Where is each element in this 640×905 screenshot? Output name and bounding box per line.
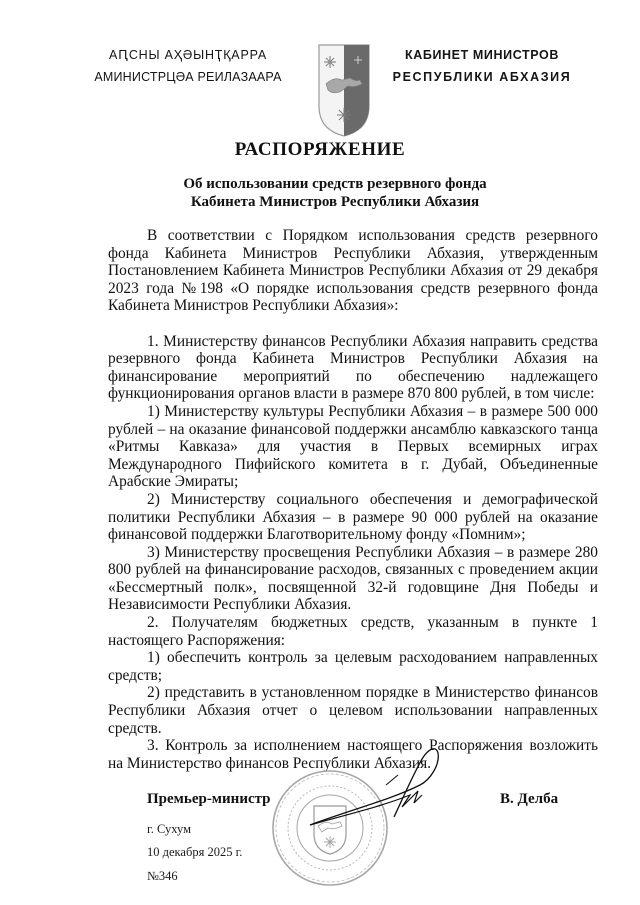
signatory-position: Премьер-министр (147, 791, 271, 808)
signatory-name: В. Делба (500, 791, 558, 808)
clause-1-item-3: 3) Министерству просвещения Республики А… (108, 544, 598, 614)
clause-1-item-2: 2) Министерству социального обеспечения … (108, 491, 598, 544)
document-number: №346 (147, 869, 178, 884)
clause-1: 1. Министерству финансов Республики Абха… (108, 333, 598, 403)
letterhead-abkhaz-line2: АМИНИСТРЦӘА РЕИЛАЗААРА (78, 66, 298, 88)
letterhead-abkhaz-line1: АԤСНЫ АҲӘЫНҬҚАРРА (78, 44, 298, 66)
document-body: В соответствии с Порядком использования … (108, 227, 598, 772)
clause-2-item-2: 2) представить в установленном порядке в… (108, 684, 598, 737)
subtitle-line1: Об использовании средств резервного фонд… (100, 175, 570, 193)
document-title: РАСПОРЯЖЕНИЕ (0, 139, 640, 161)
letterhead-russian-line1: КАБИНЕТ МИНИСТРОВ (382, 44, 582, 66)
clause-2-item-1: 1) обеспечить контроль за целевым расход… (108, 649, 598, 684)
letterhead-russian-line2: РЕСПУБЛИКИ АБХАЗИЯ (382, 66, 582, 88)
document-page: АԤСНЫ АҲӘЫНҬҚАРРА АМИНИСТРЦӘА РЕИЛАЗААРА… (0, 0, 640, 905)
issue-date: 10 декабря 2025 г. (147, 845, 242, 860)
document-subtitle: Об использовании средств резервного фонд… (100, 175, 570, 211)
letterhead-russian: КАБИНЕТ МИНИСТРОВ РЕСПУБЛИКИ АБХАЗИЯ (382, 44, 582, 88)
subtitle-line2: Кабинета Министров Республики Абхазия (100, 193, 570, 211)
letterhead-abkhaz: АԤСНЫ АҲӘЫНҬҚАРРА АМИНИСТРЦӘА РЕИЛАЗААРА (78, 44, 298, 88)
coat-of-arms-icon (316, 42, 372, 138)
clause-1-item-1: 1) Министерству культуры Республики Абха… (108, 403, 598, 491)
clause-2: 2. Получателям бюджетных средств, указан… (108, 614, 598, 649)
issue-city: г. Сухум (147, 822, 191, 837)
handwritten-signature-icon (290, 745, 450, 835)
preamble-paragraph: В соответствии с Порядком использования … (108, 227, 598, 315)
